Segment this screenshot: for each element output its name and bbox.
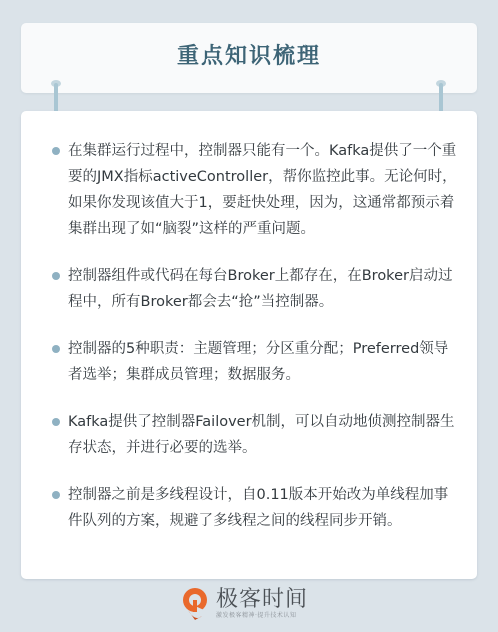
key-points-list: 在集群运行过程中，控制器只能有一个。Kafka提供了一个重要的JMX指标acti…: [50, 138, 460, 555]
list-item-text: 在集群运行过程中，控制器只能有一个。Kafka提供了一个重要的JMX指标acti…: [68, 143, 457, 237]
list-item: 控制器之前是多线程设计，自0.11版本开始改为单线程加事件队列的方案，规避了多线…: [50, 482, 460, 534]
bullet-icon: [52, 418, 60, 426]
list-item: 控制器组件或代码在每台Broker上都存在，在Broker启动过程中，所有Bro…: [50, 263, 460, 315]
list-item-text: 控制器组件或代码在每台Broker上都存在，在Broker启动过程中，所有Bro…: [68, 268, 452, 310]
logo-tagline: 激发极客精神·提升技术认知: [216, 612, 308, 620]
list-item: 控制器的5种职责：主题管理；分区重分配；Preferred领导者选举；集群成员管…: [50, 336, 460, 388]
list-item: Kafka提供了控制器Failover机制，可以自动地侦测控制器生存状态，并进行…: [50, 409, 460, 461]
bullet-icon: [52, 272, 60, 280]
bullet-icon: [52, 345, 60, 353]
bullet-icon: [52, 147, 60, 155]
list-item-text: Kafka提供了控制器Failover机制，可以自动地侦测控制器生存状态，并进行…: [68, 414, 455, 456]
content-card: 在集群运行过程中，控制器只能有一个。Kafka提供了一个重要的JMX指标acti…: [21, 111, 477, 579]
title-card: 重点知识梳理: [21, 23, 477, 93]
list-item-text: 控制器的5种职责：主题管理；分区重分配；Preferred领导者选举；集群成员管…: [68, 341, 448, 383]
bullet-icon: [52, 491, 60, 499]
geektime-logo-icon: [180, 586, 210, 622]
footer-logo: 极客时间 激发极客精神·提升技术认知: [180, 584, 308, 624]
list-item-text: 控制器之前是多线程设计，自0.11版本开始改为单线程加事件队列的方案，规避了多线…: [68, 487, 448, 529]
logo-name: 极客时间: [216, 588, 308, 612]
list-item: 在集群运行过程中，控制器只能有一个。Kafka提供了一个重要的JMX指标acti…: [50, 138, 460, 242]
page-title: 重点知识梳理: [177, 39, 321, 70]
